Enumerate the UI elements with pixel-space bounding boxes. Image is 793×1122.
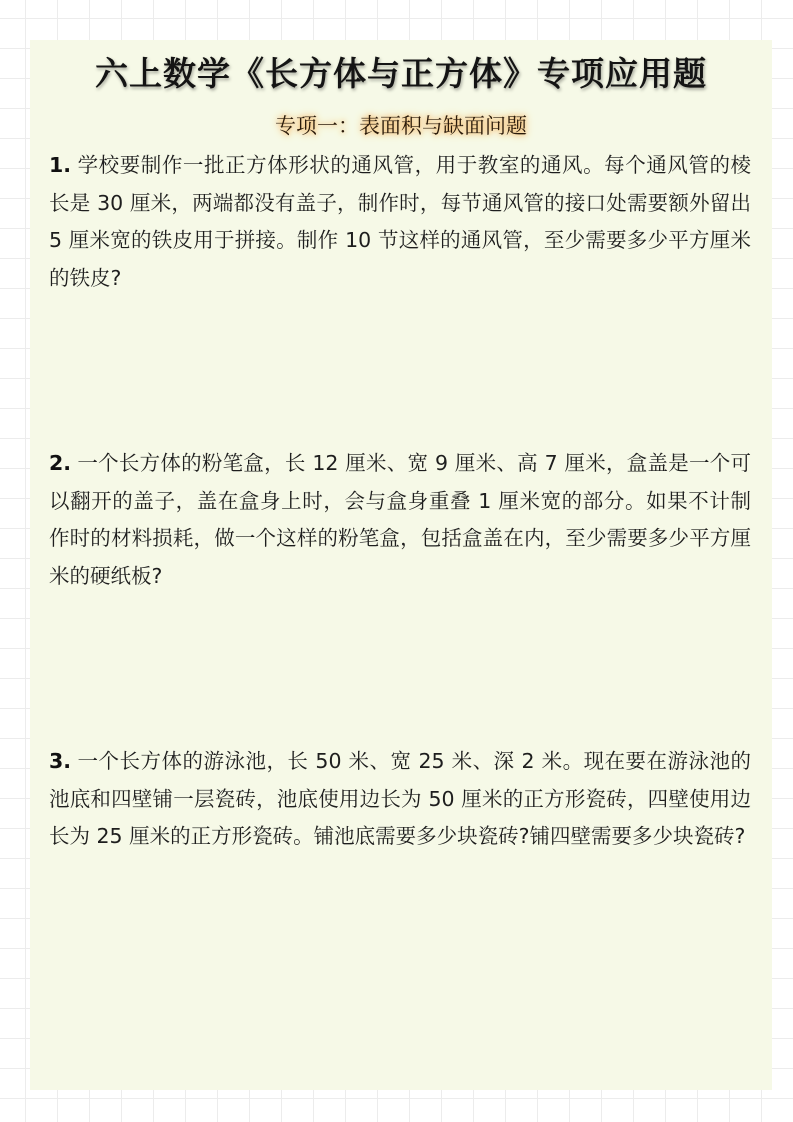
section-heading: 专项一：表面积与缺面问题 xyxy=(30,110,772,140)
question-1: 1.学校要制作一批正方体形状的通风管，用于教室的通风。每个通风管的棱长是 30 … xyxy=(49,147,751,297)
question-2: 2.一个长方体的粉笔盒，长 12 厘米、宽 9 厘米、高 7 厘米，盒盖是一个可… xyxy=(49,445,751,595)
question-number: 1. xyxy=(49,153,71,177)
question-3: 3.一个长方体的游泳池，长 50 米、宽 25 米、深 2 米。现在要在游泳池的… xyxy=(49,743,751,856)
question-text: 一个长方体的游泳池，长 50 米、宽 25 米、深 2 米。现在要在游泳池的池底… xyxy=(49,749,751,848)
worksheet-card: 六上数学《长方体与正方体》专项应用题 专项一：表面积与缺面问题 1.学校要制作一… xyxy=(30,40,772,1090)
question-text: 一个长方体的粉笔盒，长 12 厘米、宽 9 厘米、高 7 厘米，盒盖是一个可以翻… xyxy=(49,451,751,588)
page-title: 六上数学《长方体与正方体》专项应用题 xyxy=(30,48,772,95)
question-text: 学校要制作一批正方体形状的通风管，用于教室的通风。每个通风管的棱长是 30 厘米… xyxy=(49,153,751,290)
question-number: 3. xyxy=(49,749,71,773)
question-number: 2. xyxy=(49,451,71,475)
